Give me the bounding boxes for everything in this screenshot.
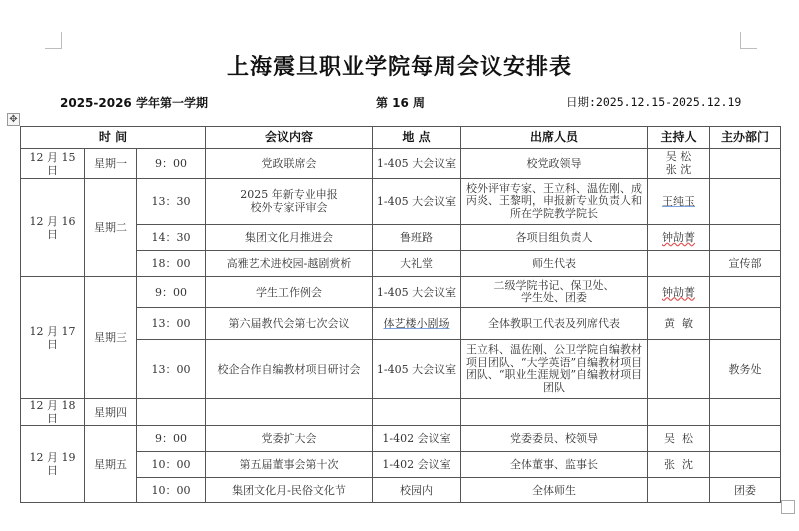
- location-cell[interactable]: 1-402 会议室: [373, 426, 461, 452]
- weekday-cell[interactable]: 星期五: [85, 426, 137, 503]
- attendees-cell[interactable]: [461, 399, 648, 426]
- attendees-cell[interactable]: 全体师生: [461, 478, 648, 503]
- date-cell[interactable]: 12 月 16 日: [21, 179, 85, 277]
- table-move-handle-icon[interactable]: ✥: [7, 113, 20, 126]
- content-cell[interactable]: 党委扩大会: [206, 426, 373, 452]
- attendees-cell[interactable]: 师生代表: [461, 251, 648, 277]
- attendees-cell[interactable]: 全体教职工代表及列席代表: [461, 308, 648, 340]
- time-cell[interactable]: 9：00: [137, 426, 206, 452]
- header-department: 主办部门: [710, 127, 781, 149]
- content-cell[interactable]: 学生工作例会: [206, 277, 373, 308]
- department-cell[interactable]: [710, 426, 781, 452]
- date-cell[interactable]: 12 月 18 日: [21, 399, 85, 426]
- attendees-cell[interactable]: 校外评审专家、王立科、温佐刚、成丙炎、王黎明，申报新专业负责人和所在学院教学院长: [461, 179, 648, 225]
- time-cell[interactable]: 13：30: [137, 179, 206, 225]
- time-cell[interactable]: 10：00: [137, 452, 206, 478]
- host-cell[interactable]: 钟劼菁: [648, 225, 710, 251]
- location-cell[interactable]: 体艺楼小剧场: [373, 308, 461, 340]
- department-cell[interactable]: [710, 277, 781, 308]
- time-cell[interactable]: 13：00: [137, 340, 206, 399]
- location-cell[interactable]: 1-402 会议室: [373, 452, 461, 478]
- time-cell[interactable]: 10：00: [137, 478, 206, 503]
- week-label: 第 16 周: [376, 94, 425, 111]
- time-cell[interactable]: 13：00: [137, 308, 206, 340]
- content-cell[interactable]: [206, 399, 373, 426]
- host-name: 钟劼菁: [662, 286, 695, 299]
- location-cell[interactable]: 1-405 大会议室: [373, 179, 461, 225]
- host-cell[interactable]: [648, 399, 710, 426]
- content-cell[interactable]: 2025 年新专业申报 校外专家评审会: [206, 179, 373, 225]
- host-name: 钟劼菁: [662, 231, 695, 244]
- attendees-cell[interactable]: 全体董事、监事长: [461, 452, 648, 478]
- host-cell[interactable]: 吴 松: [648, 426, 710, 452]
- department-cell[interactable]: [710, 308, 781, 340]
- header-content: 会议内容: [206, 127, 373, 149]
- header-attendees: 出席人员: [461, 127, 648, 149]
- content-cell[interactable]: 第五届董事会第十次: [206, 452, 373, 478]
- header-row: 时 间 会议内容 地 点 出席人员 主持人 主办部门: [21, 127, 781, 149]
- host-cell[interactable]: 钟劼菁: [648, 277, 710, 308]
- weekday-cell[interactable]: 星期三: [85, 277, 137, 399]
- location-cell[interactable]: [373, 399, 461, 426]
- department-cell[interactable]: 教务处: [710, 340, 781, 399]
- host-name: 王纯玉: [662, 195, 695, 208]
- header-location: 地 点: [373, 127, 461, 149]
- attendees-cell[interactable]: 党委委员、校领导: [461, 426, 648, 452]
- header-time: 时 间: [21, 127, 206, 149]
- date-cell[interactable]: 12 月 15 日: [21, 149, 85, 179]
- weekday-cell[interactable]: 星期一: [85, 149, 137, 179]
- location-name: 体艺楼小剧场: [384, 317, 450, 330]
- attendees-cell[interactable]: 各项目组负责人: [461, 225, 648, 251]
- weekday-cell[interactable]: 星期二: [85, 179, 137, 277]
- table-row: 12 月 19 日 星期五 9：00 党委扩大会 1-402 会议室 党委委员、…: [21, 426, 781, 452]
- host-cell[interactable]: [648, 340, 710, 399]
- department-cell[interactable]: 团委: [710, 478, 781, 503]
- content-cell[interactable]: 第六届教代会第七次会议: [206, 308, 373, 340]
- host-cell[interactable]: [648, 251, 710, 277]
- attendees-cell[interactable]: 王立科、温佐刚、公卫学院自编教材项目团队、“大学英语”自编教材项目团队、“职业生…: [461, 340, 648, 399]
- department-cell[interactable]: [710, 225, 781, 251]
- host-cell[interactable]: [648, 478, 710, 503]
- time-cell[interactable]: 9：00: [137, 149, 206, 179]
- time-cell[interactable]: 14：30: [137, 225, 206, 251]
- host-cell[interactable]: 张 沈: [648, 452, 710, 478]
- table-resize-handle[interactable]: [781, 500, 795, 514]
- location-cell[interactable]: 1-405 大会议室: [373, 340, 461, 399]
- content-cell[interactable]: 集团文化月-民俗文化节: [206, 478, 373, 503]
- date-cell[interactable]: 12 月 19 日: [21, 426, 85, 503]
- content-cell[interactable]: 集团文化月推进会: [206, 225, 373, 251]
- host-cell[interactable]: 吴 松 张 沈: [648, 149, 710, 179]
- location-cell[interactable]: 校园内: [373, 478, 461, 503]
- date-cell[interactable]: 12 月 17 日: [21, 277, 85, 399]
- content-cell[interactable]: 高雅艺术进校园-越剧赏析: [206, 251, 373, 277]
- host-cell[interactable]: 黄 敏: [648, 308, 710, 340]
- document-title: 上海震旦职业学院每周会议安排表: [0, 50, 799, 81]
- content-cell[interactable]: 党政联席会: [206, 149, 373, 179]
- meeting-schedule-table: 时 间 会议内容 地 点 出席人员 主持人 主办部门 12 月 15 日 星期一…: [20, 126, 781, 503]
- page-corner-mark-top-right: [740, 32, 757, 49]
- date-range-label: 日期:2025.12.15-2025.12.19: [566, 94, 741, 110]
- attendees-cell[interactable]: 二级学院书记、保卫处、 学生处、团委: [461, 277, 648, 308]
- department-cell[interactable]: [710, 149, 781, 179]
- table-row: 12 月 17 日 星期三 9：00 学生工作例会 1-405 大会议室 二级学…: [21, 277, 781, 308]
- time-cell[interactable]: [137, 399, 206, 426]
- department-cell[interactable]: [710, 399, 781, 426]
- location-cell[interactable]: 大礼堂: [373, 251, 461, 277]
- department-cell[interactable]: [710, 452, 781, 478]
- time-cell[interactable]: 9：00: [137, 277, 206, 308]
- department-cell[interactable]: 宣传部: [710, 251, 781, 277]
- semester-label: 2025-2026 学年第一学期: [60, 94, 208, 111]
- table-row: 12 月 18 日 星期四: [21, 399, 781, 426]
- header-host: 主持人: [648, 127, 710, 149]
- location-cell[interactable]: 鲁班路: [373, 225, 461, 251]
- content-cell[interactable]: 校企合作自编教材项目研讨会: [206, 340, 373, 399]
- location-cell[interactable]: 1-405 大会议室: [373, 149, 461, 179]
- table-row: 12 月 16 日 星期二 13：30 2025 年新专业申报 校外专家评审会 …: [21, 179, 781, 225]
- page-corner-mark-top-left: [45, 32, 62, 49]
- host-cell[interactable]: 王纯玉: [648, 179, 710, 225]
- weekday-cell[interactable]: 星期四: [85, 399, 137, 426]
- location-cell[interactable]: 1-405 大会议室: [373, 277, 461, 308]
- table-row: 12 月 15 日 星期一 9：00 党政联席会 1-405 大会议室 校党政领…: [21, 149, 781, 179]
- attendees-cell[interactable]: 校党政领导: [461, 149, 648, 179]
- department-cell[interactable]: [710, 179, 781, 225]
- time-cell[interactable]: 18：00: [137, 251, 206, 277]
